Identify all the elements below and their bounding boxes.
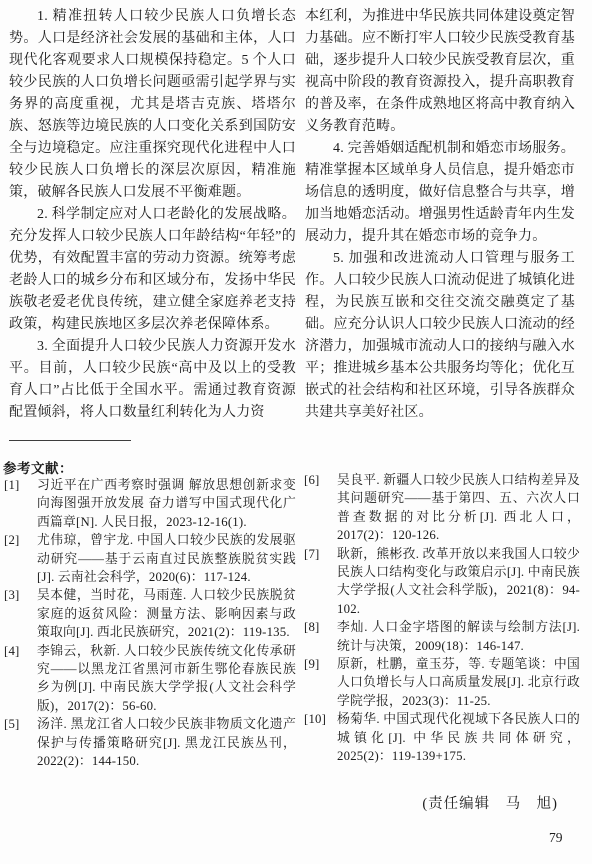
journal-page: 1. 精准扭转人口较少民族人口负增长态势。人口是经济社会发展的基础和主体，人口现…: [0, 0, 592, 864]
reference-item: [8] 李灿. 人口金字塔图的解读与绘制方法[J]. 统计与决策，2009(18…: [304, 618, 580, 655]
reference-item: [6] 吴良平. 新疆人口较少民族人口结构差异及其问题研究——基于第四、五、六次…: [304, 471, 580, 545]
reference-text: 吴良平. 新疆人口较少民族人口结构差异及其问题研究——基于第四、五、六次人口普查…: [337, 471, 580, 545]
reference-text: 原新，杜鹏，童玉芬，等. 专题笔谈：中国人口负增长与人口高质量发展[J]. 北京…: [337, 655, 580, 710]
reference-text: 汤洋. 黑龙江省人口较少民族非物质文化遗产保护与传播策略研究[J]. 黑龙江民族…: [37, 715, 296, 770]
reference-text: 尤伟琼，曾宇龙. 中国人口较少民族的发展驱动研究——基于云南直过民族整族脱贫实践…: [37, 531, 296, 586]
reference-label: [10]: [304, 710, 337, 728]
references-list-left: [1] 习近平在广西考察时强调 解放思想创新求变 向海图强开放发展 奋力谱写中国…: [4, 476, 296, 771]
paragraph: 3. 全面提升人口较少民族人力资源开发水平。目前，人口较少民族“高中及以上的受教…: [9, 336, 296, 424]
references-list-right: [6] 吴良平. 新疆人口较少民族人口结构差异及其问题研究——基于第四、五、六次…: [304, 471, 580, 766]
reference-item: [3] 吴本健，当时花，马雨莲. 人口较少民族脱贫家庭的返贫风险：测量方法、影响…: [4, 586, 296, 641]
reference-label: [2]: [4, 531, 37, 549]
reference-label: [5]: [4, 715, 37, 733]
editor-note: (责任编辑 马 旭): [422, 792, 558, 813]
paragraph: 5. 加强和改进流动人口管理与服务工作。人口较少民族人口流动促进了城镇化进程，为…: [305, 248, 575, 424]
reference-item: [7] 耿新，熊彬孜. 改革开放以来我国人口较少民族人口结构变化与政策启示[J]…: [304, 545, 580, 619]
reference-item: [10] 杨菊华. 中国式现代化视域下各民族人口的城镇化[J]. 中华民族共同体…: [304, 710, 580, 765]
reference-label: [9]: [304, 655, 337, 673]
reference-item: [4] 李锦云，秋新. 人口较少民族传统文化传承研究——以黑龙江省黑河市新生鄂伦…: [4, 642, 296, 716]
page-number: 79: [549, 830, 563, 846]
body-text-left-column: 1. 精准扭转人口较少民族人口负增长态势。人口是经济社会发展的基础和主体，人口现…: [9, 6, 296, 424]
reference-text: 吴本健，当时花，马雨莲. 人口较少民族脱贫家庭的返贫风险：测量方法、影响因素与政…: [37, 586, 296, 641]
reference-text: 杨菊华. 中国式现代化视域下各民族人口的城镇化[J]. 中华民族共同体研究，20…: [337, 710, 580, 765]
reference-label: [3]: [4, 586, 37, 604]
paragraph: 2. 科学制定应对人口老龄化的发展战略。充分发挥人口较少民族人口年龄结构“年轻”…: [9, 204, 296, 336]
reference-item: [5] 汤洋. 黑龙江省人口较少民族非物质文化遗产保护与传播策略研究[J]. 黑…: [4, 715, 296, 770]
reference-item: [1] 习近平在广西考察时强调 解放思想创新求变 向海图强开放发展 奋力谱写中国…: [4, 476, 296, 531]
paragraph: 4. 完善婚姻适配机制和婚恋市场服务。精准掌握本区域单身人员信息，提升婚恋市场信…: [305, 138, 575, 248]
reference-item: [2] 尤伟琼，曾宇龙. 中国人口较少民族的发展驱动研究——基于云南直过民族整族…: [4, 531, 296, 586]
reference-text: 习近平在广西考察时强调 解放思想创新求变 向海图强开放发展 奋力谱写中国式现代化…: [37, 476, 296, 531]
references-heading: 参考文献：: [3, 457, 73, 477]
paragraph: 本红利，为推进中华民族共同体建设奠定智力基础。应不断打牢人口较少民族受教育基础，…: [305, 6, 575, 138]
paragraph: 1. 精准扭转人口较少民族人口负增长态势。人口是经济社会发展的基础和主体，人口现…: [9, 6, 296, 204]
reference-label: [7]: [304, 545, 337, 563]
reference-text: 李锦云，秋新. 人口较少民族传统文化传承研究——以黑龙江省黑河市新生鄂伦春族民族…: [37, 642, 296, 716]
reference-label: [6]: [304, 471, 337, 489]
reference-label: [1]: [4, 476, 37, 494]
reference-item: [9] 原新，杜鹏，童玉芬，等. 专题笔谈：中国人口负增长与人口高质量发展[J]…: [304, 655, 580, 710]
reference-label: [8]: [304, 618, 337, 636]
reference-text: 耿新，熊彬孜. 改革开放以来我国人口较少民族人口结构变化与政策启示[J]. 中南…: [337, 545, 580, 619]
reference-label: [4]: [4, 642, 37, 660]
references-divider: [9, 440, 131, 441]
reference-text: 李灿. 人口金字塔图的解读与绘制方法[J]. 统计与决策，2009(18)：14…: [337, 618, 580, 655]
body-text-right-column: 本红利，为推进中华民族共同体建设奠定智力基础。应不断打牢人口较少民族受教育基础，…: [305, 6, 575, 424]
